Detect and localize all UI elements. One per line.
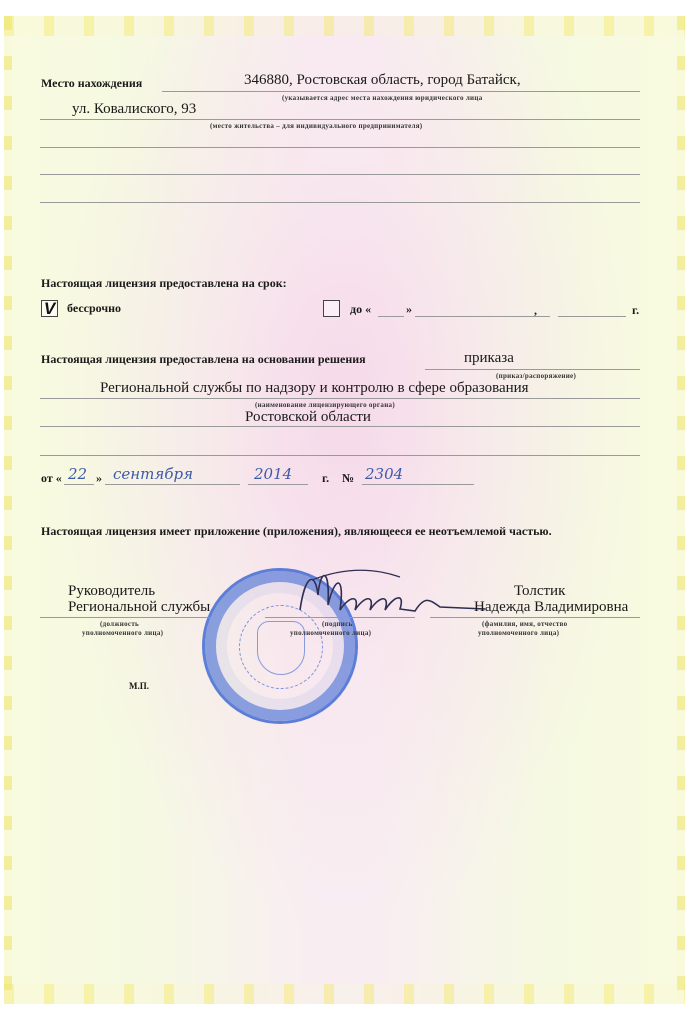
guilloche-border-top — [4, 16, 685, 36]
seal-place-label: М.П. — [129, 681, 149, 691]
checkbox-indefinite[interactable]: V — [41, 300, 58, 317]
basis-label: Настоящая лицензия предоставлена на осно… — [41, 352, 366, 367]
position-line1: Руководитель — [68, 583, 155, 600]
guilloche-border-left — [4, 16, 12, 1004]
name-hint-2: уполномоченного лица) — [478, 629, 559, 637]
location-hint-2: (место жительства – для индивидуального … — [210, 122, 422, 130]
blank-line-4 — [40, 455, 640, 456]
until-quote-close: » — [406, 302, 412, 317]
decision-type-hint: (приказ/распоряжение) — [496, 372, 576, 380]
position-line — [40, 617, 210, 618]
license-sheet — [4, 16, 685, 1004]
authority-line1: Региональной службы по надзору и контрол… — [100, 380, 529, 397]
order-day: 22 — [68, 465, 87, 483]
decision-type-line — [425, 369, 640, 370]
number-label: № — [342, 471, 354, 486]
position-line2: Региональной службы — [68, 599, 210, 616]
signature-hint-1: (подпись — [322, 620, 352, 628]
order-year: 2014 — [254, 465, 292, 483]
signatory-given-names: Надежда Владимировна — [474, 599, 628, 616]
until-year-line — [558, 316, 626, 317]
location-address-line1: 346880, Ростовская область, город Батайс… — [244, 72, 521, 89]
until-year-suffix: г. — [632, 303, 639, 318]
term-label: Настоящая лицензия предоставлена на срок… — [41, 276, 287, 291]
order-number-line — [362, 484, 474, 485]
signatory-surname: Толстик — [514, 583, 565, 600]
location-hint-1: (указывается адрес места нахождения юрид… — [282, 94, 483, 102]
checkmark-icon: V — [42, 301, 57, 316]
order-month: сентября — [113, 465, 193, 483]
until-comma: , — [534, 303, 537, 318]
position-hint-2: уполномоченного лица) — [82, 629, 163, 637]
order-year-line — [248, 484, 308, 485]
name-line — [430, 617, 640, 618]
order-number: 2304 — [365, 465, 403, 483]
option-indefinite-label: бессрочно — [67, 301, 121, 316]
until-prefix: до « — [350, 302, 371, 317]
appendix-note: Настоящая лицензия имеет приложение (при… — [41, 524, 552, 539]
order-day-line — [64, 484, 94, 485]
blank-line-1 — [40, 147, 640, 148]
authority-line2: Ростовской области — [245, 409, 371, 426]
blank-line-3 — [40, 202, 640, 203]
year-suffix: г. — [322, 471, 329, 486]
signature-line — [265, 617, 415, 618]
date-prefix: от « — [41, 471, 62, 486]
name-hint-1: (фамилия, имя, отчество — [482, 620, 567, 628]
location-line-2 — [40, 119, 640, 120]
date-quote-close: » — [96, 471, 102, 486]
authority-line-1 — [40, 398, 640, 399]
location-line-1 — [162, 91, 640, 92]
decision-type: приказа — [464, 350, 514, 367]
handwritten-signature — [290, 565, 490, 625]
location-label: Место нахождения — [41, 76, 142, 91]
guilloche-border-right — [677, 16, 685, 1004]
position-hint-1: (должность — [100, 620, 139, 628]
until-month-line — [415, 316, 550, 317]
location-address-line2: ул. Ковалиского, 93 — [72, 101, 196, 118]
checkbox-until-date[interactable] — [323, 300, 340, 317]
signature-hint-2: уполномоченного лица) — [290, 629, 371, 637]
blank-line-2 — [40, 174, 640, 175]
order-month-line — [105, 484, 240, 485]
until-day-line — [378, 316, 404, 317]
authority-hint: (наименование лицензирующего органа) — [255, 401, 395, 409]
guilloche-border-bottom — [4, 984, 685, 1004]
authority-line-2 — [40, 426, 640, 427]
